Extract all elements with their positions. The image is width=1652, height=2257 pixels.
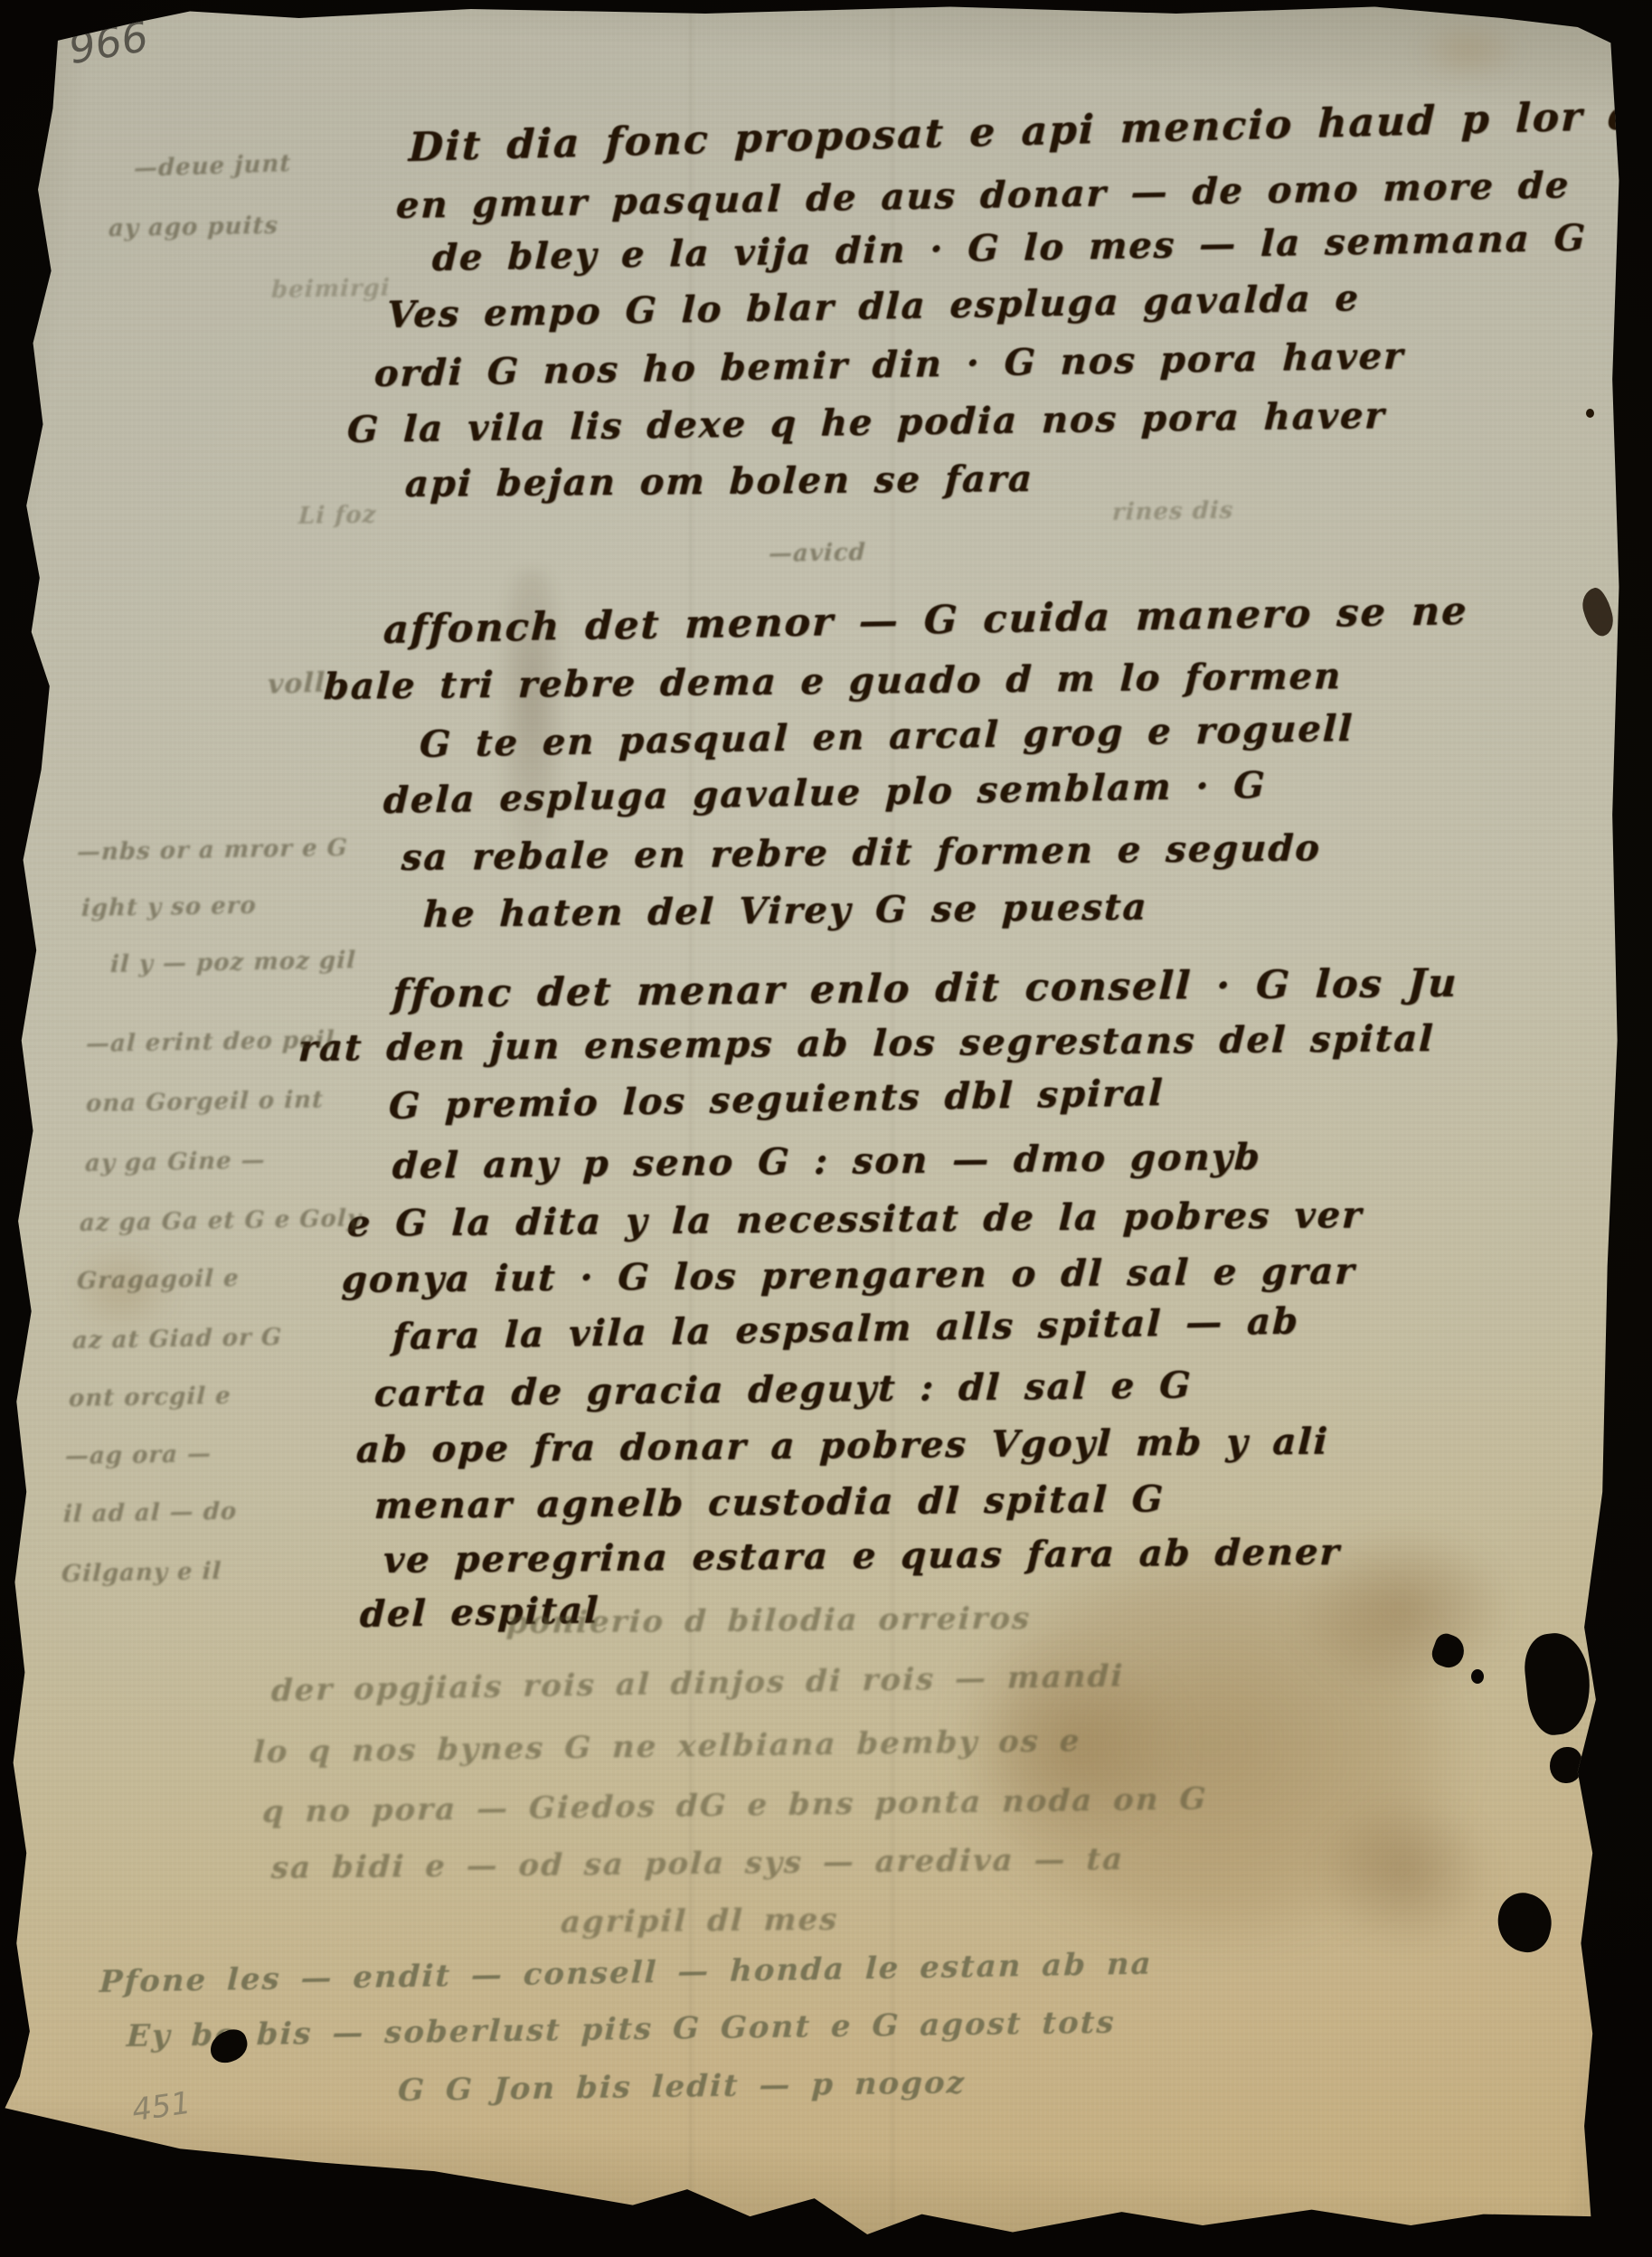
text-line: Ves empo G lo blar dla espluga gavalda e — [386, 277, 1361, 336]
text-line: G la vila lis dexe q he podia nos pora h… — [346, 394, 1386, 451]
text-line: bale tri rebre dema e guado d m lo forme… — [323, 655, 1343, 708]
manuscript-page: 966 451 Dit dia fonc proposat e api menc… — [0, 0, 1652, 2257]
lower-folio-number: 451 — [130, 2085, 194, 2130]
margin-fragment: Li foz — [297, 501, 377, 530]
folio-number: 966 — [65, 12, 152, 73]
margin-fragment: —ag ora — — [64, 1440, 212, 1470]
text-line: ve peregrina estara e quas fara ab dener — [382, 1531, 1342, 1582]
bleedthrough-line: lo q nos bynes G ne xelbiana bemby os e — [252, 1723, 1081, 1771]
margin-fragment: Gilgany e il — [61, 1558, 222, 1588]
margin-fragment: az ga Ga et G e Goly — [79, 1205, 362, 1237]
margin-fragment: —al erint deo peil — [85, 1026, 335, 1058]
text-line: ab ope fra donar a pobres Vgoyl mb y ali — [355, 1421, 1330, 1471]
margin-fragment: beimirgi — [270, 275, 391, 304]
text-line: Dit dia fonc proposat e api mencio haud … — [408, 92, 1652, 171]
paper-hole — [1521, 1630, 1594, 1738]
text-line: e G la dita y la necessitat de la pobres… — [346, 1194, 1364, 1245]
margin-fragment: —deue junt — [134, 150, 292, 183]
ink-dot — [1586, 409, 1594, 418]
text-line: rat den jun ensemps ab los segrestans de… — [297, 1017, 1435, 1070]
text-line: ffonc det menar enlo dit consell · G los… — [392, 961, 1459, 1017]
bleedthrough-line: sa bidi e — od sa pola sys — arediva — t… — [270, 1841, 1125, 1886]
text-line: fara la vila la espsalm alls spital — ab — [392, 1299, 1300, 1358]
margin-fragment: ay ago puits — [108, 212, 278, 242]
bleedthrough-line: q no pora — Giedos dG e bns ponta noda o… — [261, 1780, 1208, 1830]
text-line: menar agnelb custodia dl spital G — [373, 1478, 1166, 1527]
text-line: he haten del Virey G se puesta — [422, 886, 1148, 936]
text-line: en gmur pasqual de aus donar — de omo mo… — [395, 164, 1571, 227]
margin-fragment: voll — [268, 667, 326, 701]
margin-fragment: —nbs or a mror e G — [76, 835, 348, 866]
text-line: G te en pasqual en arcal grog e roguell — [419, 707, 1355, 766]
margin-fragment: il ad al — do — [62, 1498, 237, 1528]
text-line: del any p seno G : son — dmo gonyb — [392, 1136, 1262, 1187]
margin-fragment: —avicd — [768, 539, 866, 568]
bottom-text-line: G G Jon bis ledit — p nogoz — [397, 2064, 967, 2109]
margin-fragment: ona Gorgeil o int — [85, 1086, 324, 1118]
margin-fragment: az at Giad or G — [71, 1324, 282, 1355]
stain-blob — [1284, 1763, 1528, 1980]
text-line: affonch det menor — G cuida manero se ne — [382, 589, 1468, 653]
margin-fragment: il y — poz moz gil — [109, 947, 356, 978]
text-line: de bley e la vija din · G lo mes — la se… — [431, 217, 1587, 279]
paper-hole — [1491, 1888, 1558, 1958]
margin-fragment: ay ga Gine — — [84, 1147, 266, 1178]
paper-hole — [1550, 1747, 1582, 1783]
margin-fragment: ont orcgil e — [68, 1383, 231, 1412]
stain-top-right — [1392, 5, 1546, 96]
margin-fragment: Gragagoil e — [76, 1265, 240, 1295]
text-line: sa rebale en rebre dit formen e segudo — [401, 826, 1322, 879]
bleedthrough-line: der opgjiais rois al dinjos di rois — ma… — [270, 1658, 1125, 1709]
text-line: ordi G nos ho bemir din · G nos pora hav… — [373, 335, 1405, 395]
paper-hole — [1471, 1669, 1484, 1684]
text-line: carta de gracia deguyt : dl sal e G — [373, 1365, 1193, 1415]
bottom-text-line: Pfone les — endit — consell — honda le e… — [99, 1946, 1153, 2000]
margin-fragment: ight y so ero — [80, 892, 257, 922]
bottom-text-line: Ey bo bis — soberlust pits G Gont e G ag… — [126, 2005, 1116, 2054]
text-line: api bejan om bolen se fara — [404, 458, 1034, 505]
paper-hole — [1429, 1630, 1468, 1671]
scan-backdrop: 966 451 Dit dia fonc proposat e api menc… — [0, 0, 1652, 2257]
text-line: G premio los seguients dbl spiral — [388, 1072, 1165, 1128]
text-line: gonya iut · G los prengaren o dl sal e g… — [341, 1250, 1356, 1301]
bleedthrough-line: ponierio d bilodia orreiros — [505, 1601, 1032, 1641]
bleedthrough-line: agripil dl mes — [560, 1902, 839, 1941]
text-line: dela espluga gavalue plo semblam · G — [382, 764, 1267, 822]
margin-fragment: rines dis — [1111, 497, 1233, 526]
stain-blob — [1248, 1492, 1555, 1727]
ink-blot — [1579, 585, 1617, 639]
